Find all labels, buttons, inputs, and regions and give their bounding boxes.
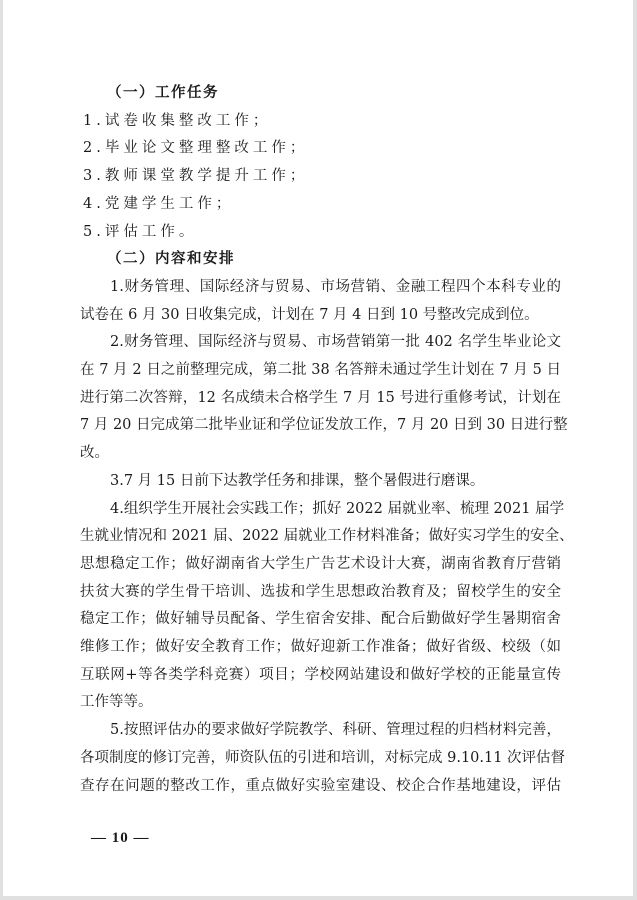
section-heading-work-tasks: （一）工作任务 xyxy=(80,80,561,108)
paragraph-exam-papers: 1.财务管理、国际经济与贸易、市场营销、金融工程四个本科专业的 试卷在 6 月 … xyxy=(80,274,561,329)
paragraph-line: 扶贫大赛的学生骨干培训、选拔和学生思想政治教育及；留校学生的安全 xyxy=(80,579,561,607)
paragraph-line: 稳定工作；做好辅导员配备、学生宿舍安排、配合后勤做好学生暑期宿舍 xyxy=(80,606,561,634)
paragraph-line: 互联网+等各类学科竞赛）项目；学校网站建设和做好学校的正能量宣传 xyxy=(80,662,561,690)
section-heading-content-arrangement: （二）内容和安排 xyxy=(80,246,561,274)
paragraph-evaluation: 5.按照评估办的要求做好学院教学、科研、管理过程的归档材料完善， 各项制度的修订… xyxy=(80,717,561,800)
paragraph-student-work: 4.组织学生开展社会实践工作；抓好 2022 届就业率、梳理 2021 届学 生… xyxy=(80,496,561,718)
document-page: （一）工作任务 1.试卷收集整改工作； 2.毕业论文整理整改工作； 3.教师课堂… xyxy=(3,0,633,896)
task-item: 1.试卷收集整改工作； xyxy=(80,108,561,136)
paragraph-line: 维修工作；做好安全教育工作；做好迎新工作准备；做好省级、校级（如 xyxy=(80,634,561,662)
task-item: 3.教师课堂教学提升工作； xyxy=(80,163,561,191)
paragraph-line: 工作等等。 xyxy=(80,689,561,717)
paragraph-line: 2.财务管理、国际经济与贸易、市场营销第一批 402 名学生毕业论文 xyxy=(80,329,561,357)
paragraph-line: 思想稳定工作；做好湖南省大学生广告艺术设计大赛，湖南省教育厅营销 xyxy=(80,551,561,579)
paragraph-line: 生就业情况和 2021 届、2022 届就业工作材料准备；做好实习学生的安全、 xyxy=(80,523,561,551)
task-item: 2.毕业论文整理整改工作； xyxy=(80,135,561,163)
paragraph-line: 4.组织学生开展社会实践工作；抓好 2022 届就业率、梳理 2021 届学 xyxy=(80,496,561,524)
paragraph-line: 7 月 20 日完成第二批毕业证和学位证发放工作，7 月 20 日到 30 日进… xyxy=(80,412,561,440)
paragraph-line: 3.7 月 15 日前下达教学任务和排课，整个暑假进行磨课。 xyxy=(80,468,561,496)
page-number: — 10 — xyxy=(91,830,150,847)
paragraph-line: 试卷在 6 月 30 日收集完成，计划在 7 月 4 日到 10 号整改完成到位… xyxy=(80,302,561,330)
paragraph-line: 查存在问题的整改工作，重点做好实验室建设、校企合作基地建设，评估 xyxy=(80,773,561,801)
paragraph-line: 改。 xyxy=(80,440,561,468)
task-item: 5.评估工作。 xyxy=(80,219,561,247)
page-content: （一）工作任务 1.试卷收集整改工作； 2.毕业论文整理整改工作； 3.教师课堂… xyxy=(80,80,561,800)
paragraph-teaching-tasks: 3.7 月 15 日前下达教学任务和排课，整个暑假进行磨课。 xyxy=(80,468,561,496)
paragraph-thesis: 2.财务管理、国际经济与贸易、市场营销第一批 402 名学生毕业论文 在 7 月… xyxy=(80,329,561,468)
paragraph-line: 各项制度的修订完善，师资队伍的引进和培训，对标完成 9.10.11 次评估督 xyxy=(80,745,561,773)
task-item: 4.党建学生工作； xyxy=(80,191,561,219)
paragraph-line: 5.按照评估办的要求做好学院教学、科研、管理过程的归档材料完善， xyxy=(80,717,561,745)
paragraph-line: 进行第二次答辩，12 名成绩未合格学生 7 月 15 号进行重修考试，计划在 xyxy=(80,385,561,413)
paragraph-line: 在 7 月 2 日之前整理完成，第二批 38 名答辩未通过学生计划在 7 月 5… xyxy=(80,357,561,385)
paragraph-line: 1.财务管理、国际经济与贸易、市场营销、金融工程四个本科专业的 xyxy=(80,274,561,302)
